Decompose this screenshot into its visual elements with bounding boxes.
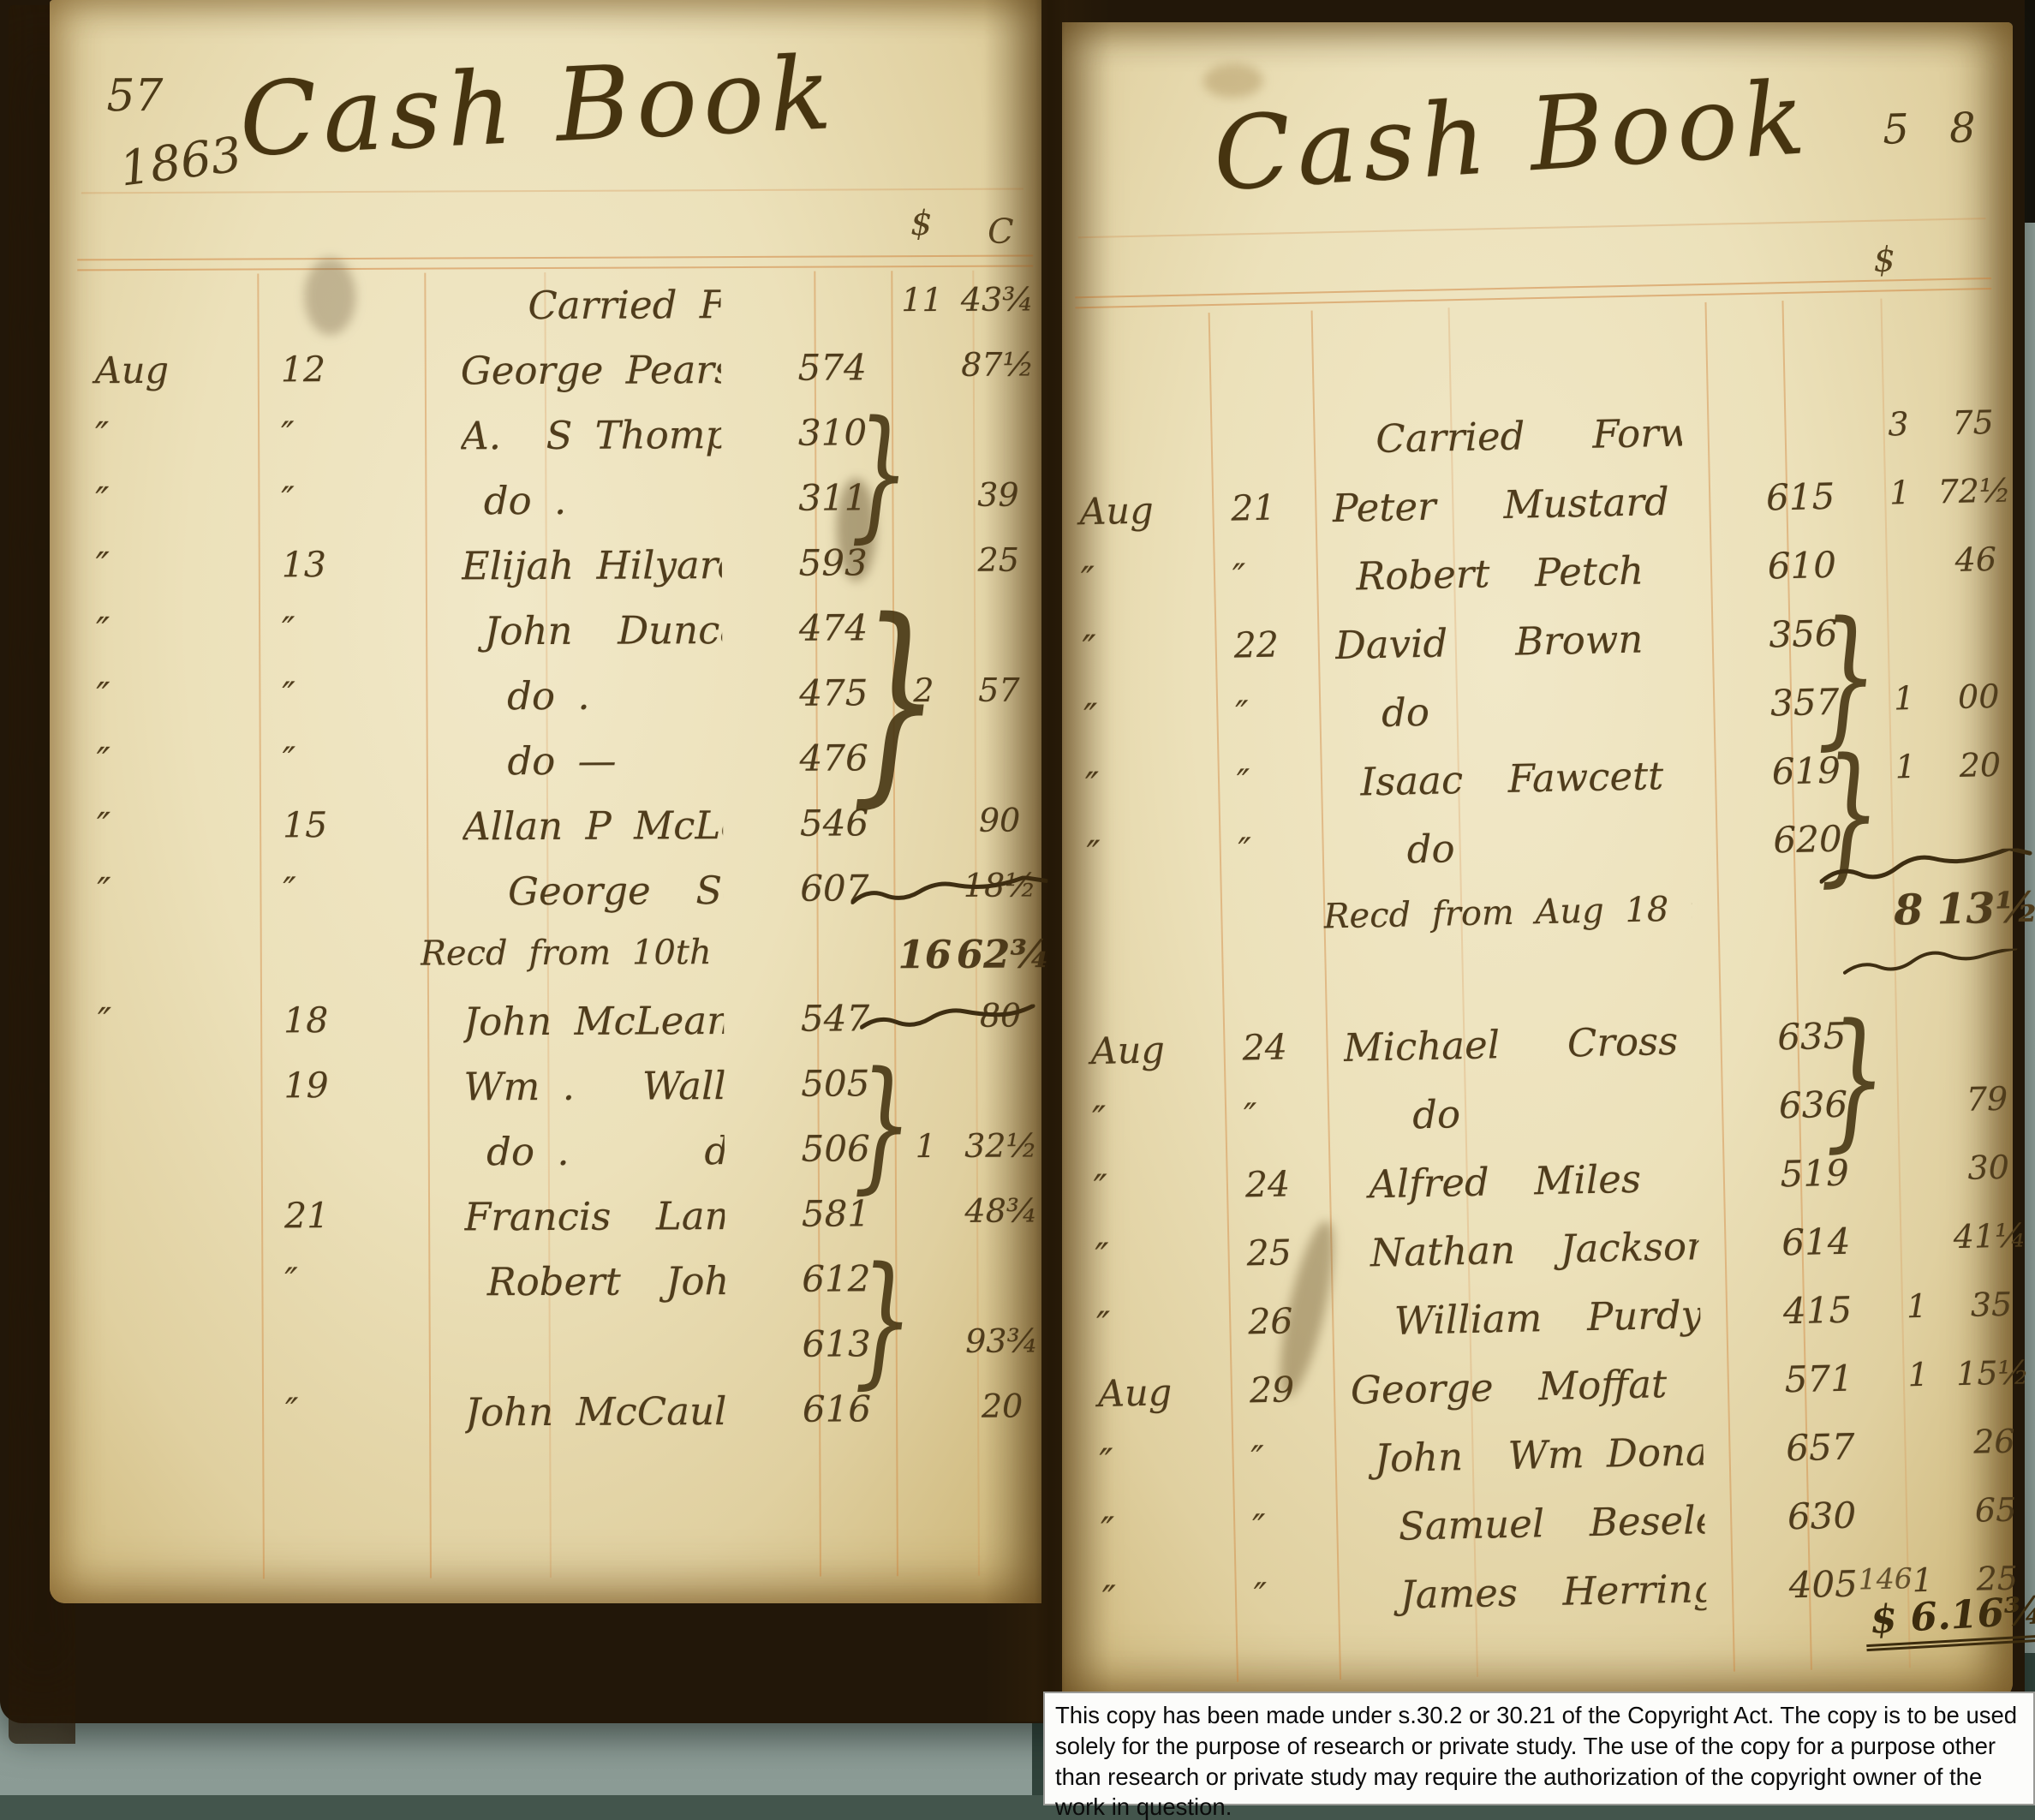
entry-account-number: 581: [726, 1192, 870, 1235]
entry-account-number: 474: [724, 606, 868, 649]
entry-account-number: 506: [726, 1127, 870, 1170]
entry-amount-cents: 57: [955, 671, 1042, 708]
copyright-notice: This copy has been made under s.30.2 or …: [1043, 1692, 2035, 1805]
entry-account-number: 357: [1692, 681, 1840, 726]
entry-amount-cents: 65: [1949, 1490, 2035, 1530]
ledger-row: Recd from 10th till 15th Aug1662¾: [51, 931, 1042, 1004]
entry-amount-dollars: 1: [1877, 679, 1931, 718]
entry-month: ″: [1099, 1438, 1247, 1484]
entry-account-number: 620: [1694, 818, 1842, 863]
entry-day: ″: [1244, 1094, 1346, 1137]
entry-day: [280, 283, 409, 284]
entry-account-number: 311: [723, 476, 867, 519]
entry-amount-dollars: 16: [895, 932, 955, 977]
entry-name: do — do: [462, 737, 723, 784]
entry-day: ″: [283, 739, 411, 781]
entry-extra-number: [1849, 1151, 1894, 1152]
entry-account-number: 613: [727, 1322, 871, 1365]
entry-month: ″: [97, 805, 247, 849]
entry-account-number: 519: [1701, 1152, 1849, 1197]
entry-day: ″: [285, 1390, 414, 1432]
entry-name: George Pearson: [461, 347, 721, 393]
entry-month: ″: [97, 870, 247, 914]
ledger-year: 1863: [116, 127, 245, 197]
entry-day: 15: [283, 804, 411, 846]
ledger-page-left: 57 1863 Cash Book $ C Carried Forward114…: [50, 0, 1041, 1603]
entry-month: ″: [96, 545, 246, 588]
entry-account-number: 615: [1687, 475, 1835, 521]
entry-amount-dollars: [1889, 1218, 1942, 1219]
entry-amount-dollars: [1887, 1149, 1940, 1150]
entry-name: John Duncan: [462, 607, 722, 653]
entry-month: [1077, 420, 1225, 423]
ledger-row: 61393¾: [52, 1322, 1044, 1394]
entry-account-number: 415: [1704, 1289, 1853, 1334]
entry-day: 18: [283, 1000, 412, 1041]
entry-amount-cents: 18½: [956, 866, 1043, 904]
entry-name: do . do: [462, 672, 722, 719]
entry-day: 26: [1248, 1299, 1350, 1342]
ruled-line: [1078, 218, 1986, 238]
entry-month: [94, 284, 244, 285]
entry-account-number: 571: [1705, 1358, 1853, 1403]
ledger-row: ″″ do . do —31139: [48, 475, 1040, 548]
ruled-line: [81, 188, 1023, 194]
entry-amount-cents: 26: [1948, 1422, 2035, 1461]
entry-month: ″: [1086, 831, 1234, 877]
entry-month: ″: [95, 480, 245, 523]
entry-amount-cents: 13½: [1937, 882, 2030, 934]
entry-month: [98, 1196, 248, 1196]
entry-amount-dollars: 2: [893, 671, 953, 709]
right-page-content: 5 8 Cash Book $ Carried Forward375Aug21P…: [1048, 14, 2034, 1711]
ledger-row: ″″ do — do476: [50, 736, 1041, 809]
entry-day: ″: [1252, 1505, 1354, 1548]
ledger-row: ″John McCaul61620: [52, 1387, 1044, 1459]
ledger-row: Carried Forward1143¾: [47, 280, 1039, 353]
page-number: 5 8: [1883, 104, 1990, 154]
entry-extra-number: [1847, 1014, 1891, 1015]
entry-name: [465, 1323, 725, 1324]
ledger-row: ″13Elijah Hilyard59325: [49, 540, 1041, 613]
entry-account-number: 546: [725, 802, 868, 844]
entry-amount-dollars: 1: [1891, 1355, 1945, 1393]
entry-day: ″: [1250, 1436, 1352, 1479]
entry-name: Allan P McLean: [462, 803, 723, 849]
entry-extra-number: [1836, 543, 1881, 544]
entry-name: Recd from 10th till 15th Aug: [421, 933, 724, 974]
entry-day: ″: [1253, 1573, 1355, 1616]
entry-day: 21: [1231, 486, 1333, 528]
entry-extra-number: [1857, 1493, 1901, 1494]
entry-month: ″: [95, 415, 245, 458]
entry-month: [98, 935, 248, 936]
entry-month: Aug: [1097, 1369, 1245, 1416]
entry-amount-dollars: [1876, 611, 1929, 612]
entry-account-number: 547: [725, 997, 869, 1040]
entry-name: A. S Thompson: [461, 412, 721, 458]
entry-day: 29: [1249, 1368, 1351, 1411]
entry-amount-dollars: 1: [1890, 1286, 1944, 1325]
entry-name: James Herrington: [1354, 1566, 1706, 1619]
entry-amount-cents: 62¾: [957, 931, 1044, 976]
entry-extra-number: [1851, 1220, 1895, 1220]
entry-amount-dollars: [1880, 816, 1933, 817]
entry-month: ″: [1096, 1302, 1244, 1348]
entry-account-number: 619: [1692, 749, 1841, 795]
entry-account-number: 476: [725, 737, 868, 779]
ledger-row: 21Francis Lama58148¾: [51, 1191, 1043, 1264]
entry-account-number: 574: [723, 346, 867, 389]
entry-day: ″: [1238, 828, 1340, 871]
entry-name: Recd from Aug 18 to 22 =: [1323, 889, 1692, 936]
entry-account-number: 356: [1690, 612, 1838, 658]
entry-day: 13: [282, 544, 410, 586]
entry-amount-cents: 48¾: [958, 1191, 1045, 1229]
entry-account-number: 405: [1710, 1563, 1858, 1608]
entry-account-number: 612: [726, 1257, 870, 1300]
entry-amount-cents: 25: [955, 540, 1042, 578]
entry-name: George Moffat: [1350, 1360, 1702, 1413]
ruled-line: [1075, 277, 1991, 298]
entry-account-number: 610: [1688, 544, 1836, 589]
entry-amount-cents: 87½: [954, 345, 1041, 383]
entry-amount-dollars: 3: [1871, 405, 1925, 444]
ledger-row: ″18John McLean54780: [51, 996, 1042, 1069]
dollars-column-header: $: [1873, 240, 1895, 280]
entry-amount-dollars: [1874, 542, 1927, 543]
entry-amount-cents: 15½: [1946, 1353, 2035, 1393]
entry-day: ″: [282, 674, 410, 716]
entry-name: John McCaul: [465, 1388, 725, 1435]
entry-account-number: [725, 932, 869, 933]
entry-day: [283, 934, 412, 935]
entry-name: William Purdy: [1349, 1292, 1701, 1345]
entry-amount-cents: 30: [1942, 1148, 2035, 1187]
entry-amount-cents: 41¼: [1943, 1216, 2035, 1256]
entry-day: ″: [1232, 554, 1334, 597]
page-total: $ 6.16¾: [1864, 1587, 2035, 1651]
entry-name: Nathan Jackson: [1347, 1223, 1699, 1276]
entry-amount-dollars: 8: [1882, 884, 1936, 934]
entry-account-number: 657: [1707, 1426, 1855, 1471]
entry-amount-dollars: 1: [1878, 748, 1932, 786]
entry-name: Samuel Beseley: [1353, 1497, 1705, 1550]
ledger-row: Aug12George Pearson57487½: [48, 345, 1040, 418]
entry-name: do do: [1336, 683, 1688, 737]
entry-account-number: 614: [1703, 1220, 1851, 1266]
ledger-page-right: 5 8 Cash Book $ Carried Forward375Aug21P…: [1062, 22, 2013, 1700]
entry-account-number: 616: [727, 1387, 871, 1430]
ledger-row: 19Wm . Wallace505: [51, 1061, 1042, 1134]
entry-name: Robert Petch: [1334, 547, 1686, 600]
ruled-line: [77, 255, 1033, 261]
entry-account-number: 630: [1709, 1495, 1857, 1540]
entry-day: [285, 1325, 414, 1326]
entry-month: Aug: [1079, 488, 1227, 534]
entry-name: David Brown: [1334, 616, 1686, 669]
entry-extra-number: [1842, 817, 1887, 818]
entry-month: [99, 1391, 249, 1392]
ledger-row: ″″ do . do475257: [49, 671, 1041, 743]
entry-account-number: 636: [1700, 1083, 1848, 1129]
entry-name: Wm . Wallace: [463, 1063, 724, 1109]
entry-amount-cents: 35: [1945, 1285, 2035, 1324]
entry-month: ″: [1081, 557, 1229, 603]
entry-amount-cents: 90: [956, 801, 1043, 838]
entry-day: ″: [283, 869, 411, 911]
entry-amount-dollars: [1893, 1423, 1946, 1424]
entry-month: ″: [1093, 1165, 1241, 1211]
entry-amount-cents: 32½: [958, 1126, 1045, 1164]
entry-name: do do: [1345, 1086, 1697, 1139]
entry-amount-dollars: [1884, 1012, 1937, 1013]
entry-account-number: [722, 281, 866, 282]
entry-month: ″: [1083, 694, 1232, 740]
entry-month: ″: [1095, 1233, 1243, 1280]
entry-name: George Secord: [462, 868, 723, 914]
ruled-line: [77, 266, 1033, 272]
entry-amount-cents: 72½: [1928, 471, 2021, 510]
ledger-row: ″ Robert Johnston612: [51, 1256, 1043, 1329]
entry-month: ″: [97, 740, 247, 784]
dollars-column-header: $: [910, 204, 933, 243]
entry-day: ″: [281, 414, 409, 456]
left-page-content: 57 1863 Cash Book $ C Carried Forward114…: [46, 0, 1045, 1606]
entry-name: Alfred Miles: [1346, 1155, 1698, 1208]
entry-day: ″: [281, 479, 409, 521]
entry-name: do . do .: [464, 1128, 725, 1174]
ledger-entries: Carried Forward1143¾Aug12George Pearson5…: [46, 0, 1038, 3]
copyright-notice-text: This copy has been made under s.30.2 or …: [1055, 1702, 2017, 1820]
entry-month: [98, 1261, 248, 1262]
entry-extra-number: [1855, 1424, 1900, 1425]
entry-amount-dollars: 1: [1873, 474, 1927, 512]
entry-month: [98, 1065, 248, 1066]
entry-month: ″: [1102, 1575, 1250, 1621]
entry-account-number: 475: [724, 671, 868, 714]
entry-amount-cents: 93¾: [958, 1322, 1046, 1359]
entry-name: Carried Forward: [1330, 410, 1682, 463]
entry-day: 12: [281, 349, 409, 391]
ledger-row: ″15Allan P McLean54690: [50, 801, 1041, 874]
entry-name: Peter Mustard: [1332, 479, 1684, 532]
entry-amount-dollars: 1: [896, 1127, 956, 1165]
entry-name: John Wm Donaldson: [1352, 1429, 1704, 1482]
entry-extra-number: [1848, 1083, 1893, 1083]
entry-name: do do: [1339, 820, 1691, 874]
entry-amount-dollars: [1886, 1081, 1939, 1082]
entry-name: Elijah Hilyard: [462, 542, 722, 588]
ledger-row: do . do .506132½: [51, 1126, 1043, 1199]
entry-account-number: 310: [723, 411, 867, 454]
entry-amount-cents: [1939, 1011, 2032, 1012]
entry-amount-cents: 39: [954, 475, 1041, 513]
entry-day: ″: [1237, 760, 1339, 803]
entry-name: Robert Johnston: [464, 1258, 725, 1304]
entry-day: 22: [1233, 623, 1335, 665]
entry-amount-cents: 75: [1926, 403, 2020, 442]
entry-month: ″: [1101, 1507, 1249, 1553]
entry-account-number: 635: [1698, 1015, 1847, 1060]
entry-name: Francis Lama: [464, 1193, 725, 1239]
entry-day: 24: [1244, 1162, 1346, 1205]
entry-amount-cents: 79: [1941, 1079, 2034, 1119]
entry-amount-cents: 20: [958, 1387, 1046, 1424]
page-title: Cash Book: [1210, 58, 1814, 214]
entry-amount-cents: 46: [1929, 540, 2022, 579]
entry-day: ″: [282, 609, 410, 651]
ledger-row: ″″ John Duncan474: [49, 606, 1041, 678]
entry-month: ″: [98, 1000, 248, 1044]
entry-name: Isaac Fawcett: [1338, 752, 1690, 805]
entry-amount-cents: 80: [957, 996, 1044, 1034]
entry-amount-cents: 20: [1933, 745, 2026, 785]
entry-month: ″: [1092, 1096, 1240, 1143]
entry-name: Carried Forward: [460, 282, 720, 328]
entry-month: [98, 1131, 248, 1131]
entry-day: 21: [284, 1195, 413, 1237]
entry-amount-dollars: [1895, 1492, 1948, 1493]
entry-name: Michael Cross: [1343, 1017, 1695, 1071]
entry-account-number: 607: [725, 867, 868, 910]
entry-extra-number: [1838, 612, 1883, 612]
entry-month: [99, 1326, 249, 1327]
entry-month: ″: [96, 675, 246, 719]
entry-day: [284, 1130, 413, 1131]
entry-name: John McLean: [463, 998, 724, 1044]
entry-month: ″: [96, 610, 246, 653]
entry-amount-cents: 00: [1932, 677, 2026, 716]
entry-name: do . do —: [461, 477, 721, 523]
ledger-row: ″″ George Secord60718½: [50, 866, 1041, 939]
entry-day: ″: [1235, 691, 1337, 734]
entry-amount-dollars: 11: [892, 281, 952, 319]
cents-column-header: C: [988, 212, 1014, 252]
entry-month: Aug: [95, 349, 245, 393]
entry-month: ″: [1085, 762, 1233, 809]
ruled-line: [1075, 288, 1991, 308]
entry-account-number: 593: [724, 541, 868, 584]
entry-month: Aug: [1090, 1028, 1238, 1074]
entry-account-number: 505: [725, 1062, 869, 1105]
entry-day: 19: [283, 1065, 412, 1107]
entry-day: ″: [284, 1260, 413, 1302]
ledger-row: ″″A. S Thompson310: [48, 410, 1040, 483]
entry-month: ″: [1082, 625, 1230, 671]
scanned-ledger-screenshot: { "book": { "left_page": { "page_number"…: [0, 0, 2035, 1820]
page-number: 57: [106, 70, 163, 122]
entry-day: 25: [1246, 1231, 1348, 1274]
entry-amount-cents: 43¾: [953, 280, 1041, 318]
entry-day: [1229, 417, 1330, 419]
page-title: Cash Book: [237, 33, 840, 179]
entry-day: 24: [1242, 1025, 1344, 1068]
